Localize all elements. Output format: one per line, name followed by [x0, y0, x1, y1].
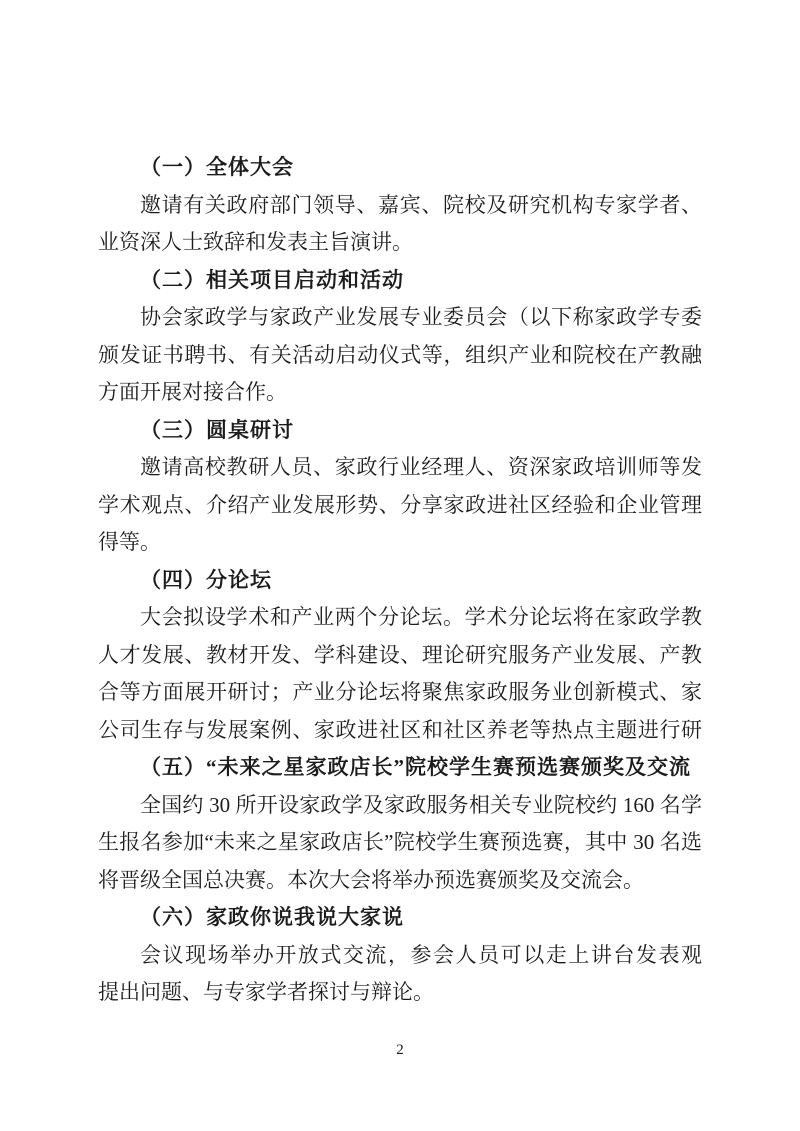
section-5-paragraph-1-line-2: 生报名参加“未来之星家政店长”院校学生赛预选赛，其中 30 名选手: [98, 824, 702, 862]
document-page: （一）全体大会邀请有关政府部门领导、嘉宾、院校及研究机构专家学者、行业资深人士致…: [0, 0, 800, 1131]
section-2-heading: （二）相关项目启动和活动: [98, 262, 702, 300]
section-6-paragraph-1-line-2: 提出问题、与专家学者探讨与辩论。: [98, 974, 702, 1012]
section-3-paragraph-1-line-2: 学术观点、介绍产业发展形势、分享家政进社区经验和企业管理心: [98, 487, 702, 525]
section-6-paragraph-1-line-1: 会议现场举办开放式交流，参会人员可以走上讲台发表观点、: [98, 937, 702, 975]
section-1-paragraph-1-line-1: 邀请有关政府部门领导、嘉宾、院校及研究机构专家学者、行: [98, 187, 702, 225]
section-1-heading: （一）全体大会: [98, 149, 702, 187]
page-number: 2: [0, 1040, 800, 1060]
section-1-paragraph-1-line-2: 业资深人士致辞和发表主旨演讲。: [98, 224, 702, 262]
document-content: （一）全体大会邀请有关政府部门领导、嘉宾、院校及研究机构专家学者、行业资深人士致…: [98, 149, 702, 1012]
section-4-paragraph-1-line-3: 合等方面展开研讨；产业分论坛将聚焦家政服务业创新模式、家政: [98, 674, 702, 712]
section-2-paragraph-1-line-3: 方面开展对接合作。: [98, 374, 702, 412]
section-3-heading: （三）圆桌研讨: [98, 412, 702, 450]
section-4-paragraph-1-line-1: 大会拟设学术和产业两个分论坛。学术分论坛将在家政学教研: [98, 599, 702, 637]
section-2-paragraph-1-line-1: 协会家政学与家政产业发展专业委员会（以下称家政学专委会）: [98, 299, 702, 337]
section-4-heading: （四）分论坛: [98, 562, 702, 600]
section-2-paragraph-1-line-2: 颁发证书聘书、有关活动启动仪式等，组织产业和院校在产教融合: [98, 337, 702, 375]
section-5-paragraph-1-line-3: 将晋级全国总决赛。本次大会将举办预选赛颁奖及交流会。: [98, 862, 702, 900]
section-6-heading: （六）家政你说我说大家说: [98, 899, 702, 937]
section-5-heading: （五）“未来之星家政店长”院校学生赛预选赛颁奖及交流: [98, 749, 702, 787]
section-4-paragraph-1-line-2: 人才发展、教材开发、学科建设、理论研究服务产业发展、产教融: [98, 637, 702, 675]
section-3-paragraph-1-line-3: 得等。: [98, 524, 702, 562]
section-3-paragraph-1-line-1: 邀请高校教研人员、家政行业经理人、资深家政培训师等发表: [98, 449, 702, 487]
section-5-paragraph-1-line-1: 全国约 30 所开设家政学及家政服务相关专业院校约 160 名学: [98, 787, 702, 825]
section-4-paragraph-1-line-4: 公司生存与发展案例、家政进社区和社区养老等热点主题进行研讨。: [98, 712, 702, 750]
